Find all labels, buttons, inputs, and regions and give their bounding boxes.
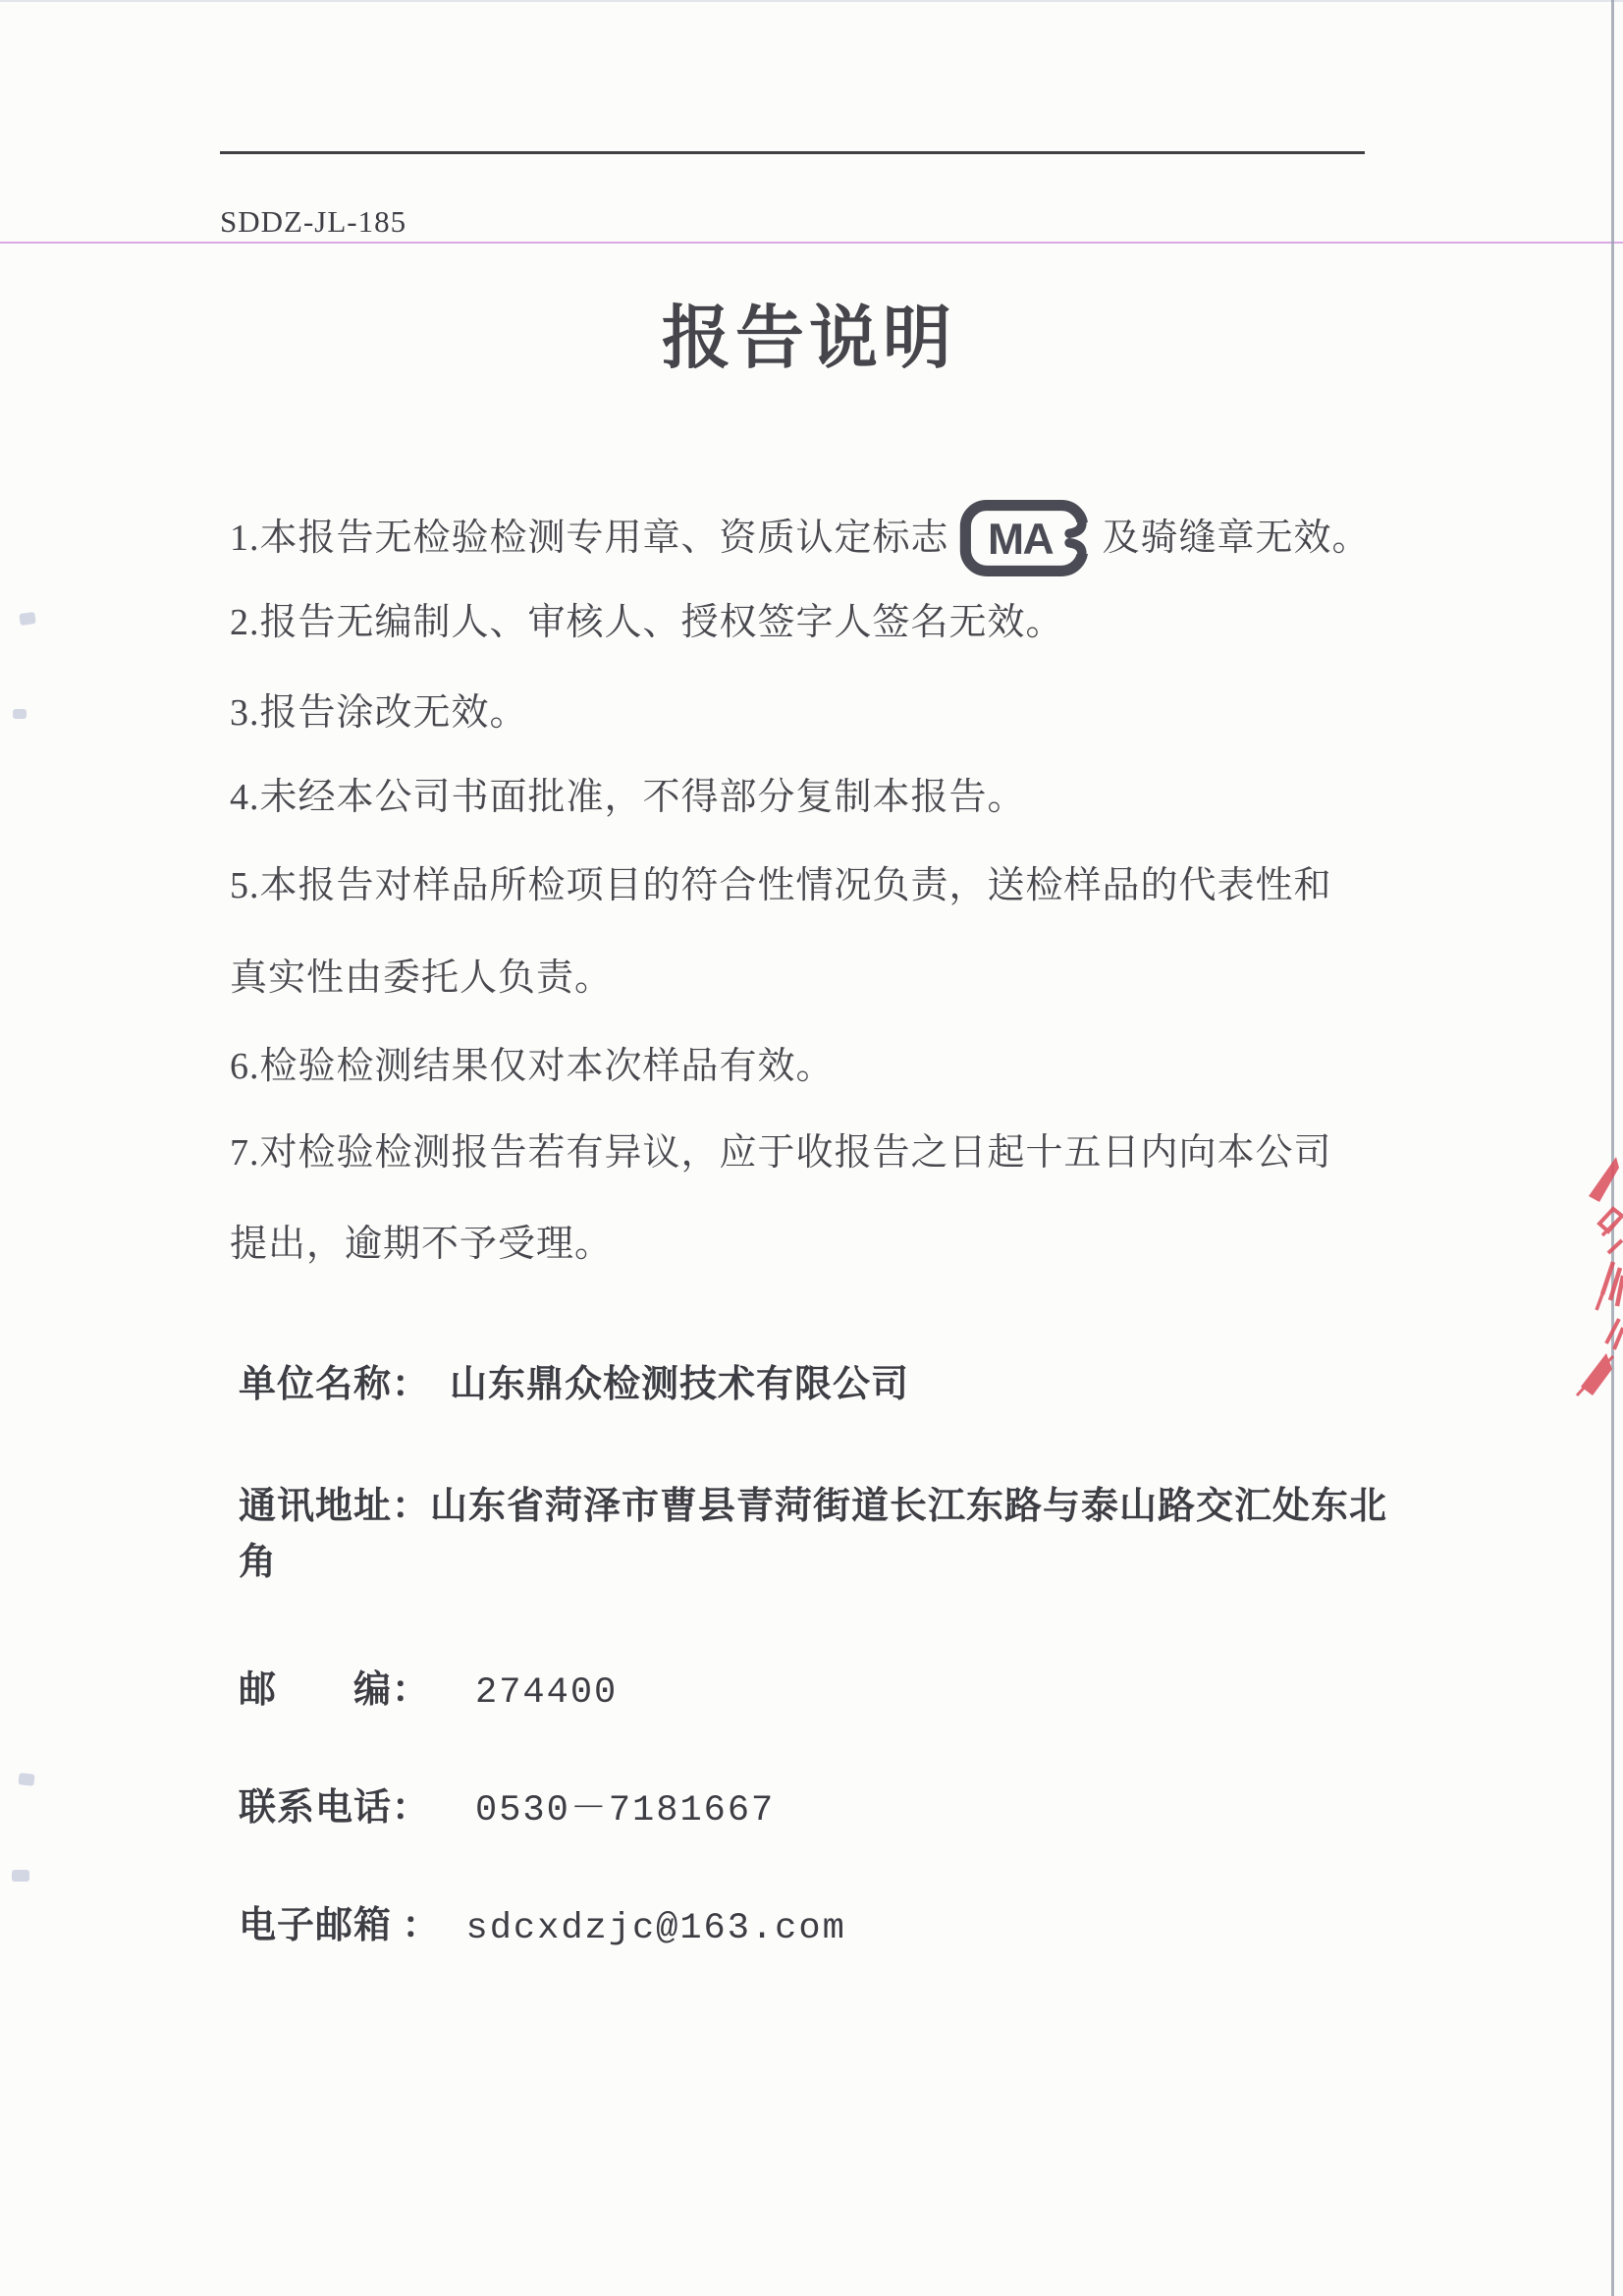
header-rule xyxy=(220,151,1365,154)
contact-address-line-1: 通讯地址：山东省菏泽市曹县青菏街道长江东路与泰山路交汇处东北 xyxy=(239,1483,1387,1530)
top-scan-artifact-line xyxy=(0,0,1623,2)
note-item-6: 6.检验检测结果仅对本次样品有效。 xyxy=(230,1043,835,1090)
note-1-text-post: 及骑缝章无效。 xyxy=(1103,515,1371,562)
pink-ruled-line xyxy=(0,242,1623,244)
postcode-label: 邮 编： xyxy=(239,1669,430,1711)
contact-email-line: 电子邮箱 ：sdcxdzjc@163.com xyxy=(239,1902,846,1952)
phone-label: 联系电话： xyxy=(239,1787,430,1829)
contact-address-line-2: 角 xyxy=(239,1539,277,1586)
note-item-1: 1.本报告无检验检测专用章、资质认定标志 MA 及骑缝章无效。 xyxy=(230,499,1371,577)
note-item-4: 4.未经本公司书面批准，不得部分复制本报告。 xyxy=(230,774,1026,821)
note-item-5-line-1: 5.本报告对样品所检项目的符合性情况负责，送检样品的代表性和 xyxy=(230,862,1332,909)
note-item-7-line-1: 7.对检验检测报告若有异议，应于收报告之日起十五日内向本公司 xyxy=(230,1129,1332,1176)
cma-logo: MA xyxy=(959,499,1089,577)
note-1-text-pre: 1.本报告无检验检测专用章、资质认定标志 xyxy=(230,515,949,562)
email-value: sdcxdzjc@163.com xyxy=(466,1908,846,1949)
note-item-2: 2.报告无编制人、审核人、授权签字人签名无效。 xyxy=(230,599,1064,646)
scan-artifact-mark xyxy=(18,1773,34,1786)
scan-artifact-mark xyxy=(13,709,27,719)
company-label: 单位名称： xyxy=(239,1364,430,1405)
document-code: SDDZ-JL-185 xyxy=(220,204,406,240)
company-value: 山东鼎众检测技术有限公司 xyxy=(450,1364,909,1405)
note-item-3: 3.报告涂改无效。 xyxy=(230,689,528,737)
scan-artifact-mark xyxy=(19,612,36,626)
note-item-7-line-2: 提出，逾期不予受理。 xyxy=(230,1221,613,1268)
contact-postcode-line: 邮 编：274400 xyxy=(239,1667,618,1717)
address-value: 山东省菏泽市曹县青菏街道长江东路与泰山路交汇处东北 xyxy=(430,1486,1387,1527)
contact-phone-line: 联系电话：0530－7181667 xyxy=(239,1784,775,1834)
address-label: 通讯地址： xyxy=(239,1486,430,1527)
page-title: 报告说明 xyxy=(230,283,1388,382)
scanned-report-page: SDDZ-JL-185 报告说明 1.本报告无检验检测专用章、资质认定标志 MA… xyxy=(0,0,1623,2296)
postcode-value: 274400 xyxy=(475,1672,618,1714)
cma-letters: MA xyxy=(988,516,1053,564)
note-item-5-line-2: 真实性由委托人负责。 xyxy=(230,955,613,1002)
email-label: 电子邮箱 ： xyxy=(239,1905,441,1946)
red-seal-fragment xyxy=(1567,1147,1623,1412)
contact-company-line: 单位名称：山东鼎众检测技术有限公司 xyxy=(239,1361,909,1408)
phone-value: 0530－7181667 xyxy=(475,1790,775,1831)
scan-artifact-mark xyxy=(12,1870,29,1882)
